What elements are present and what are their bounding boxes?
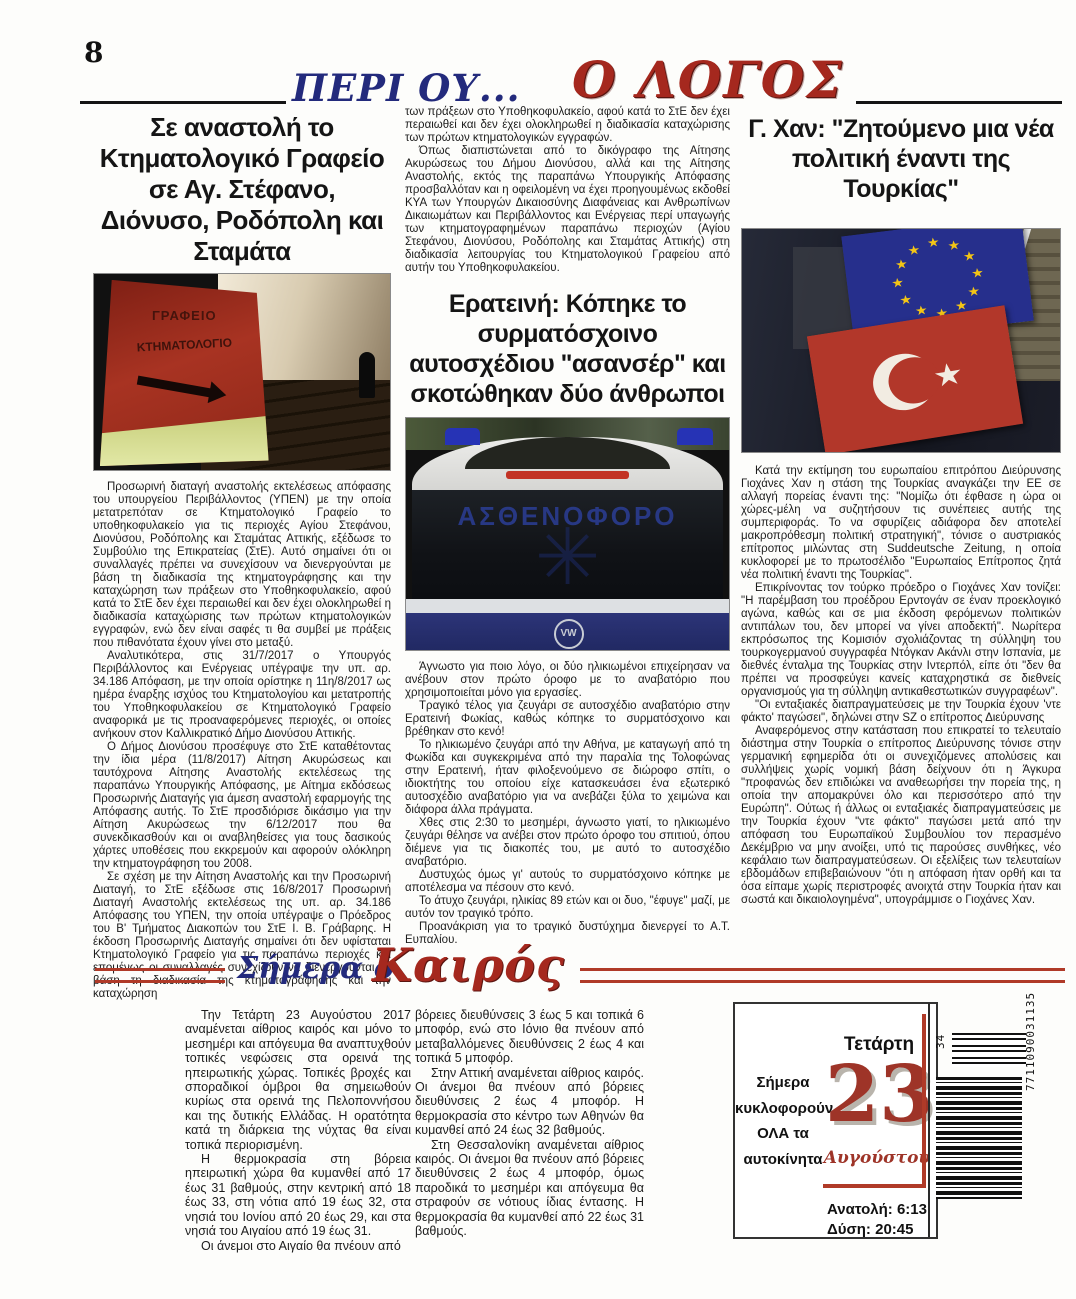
paragraph: Αναφερόμενος στην κατάσταση που επικρατε… [741,725,1061,907]
blue-beacon-right [677,428,713,444]
barcode-addon-bars [952,1033,1026,1067]
svg-text:★: ★ [894,256,908,271]
note-line: ΟΛΑ τα [735,1121,831,1147]
ambulance-lower-trim [406,599,729,613]
arrow-right-icon [137,376,212,398]
paragraph: Κατά την εκτίμηση του ευρωπαίου επιτρόπο… [741,465,1061,582]
paragraph: Τραγικό τέλος για ζευγάρι σε αυτοσχέδιο … [405,700,730,739]
weather-rule-left [95,968,225,983]
weather-column-2: βόρειες διευθύνσεις 3 έως 5 και τοπικά 6… [415,1008,644,1239]
masthead-rule-right [856,101,1062,104]
erateini-headline: Ερατεινή: Κόπηκε το συρματόσχοινο αυτοσχ… [405,289,730,409]
kthimatologio-headline: Σε αναστολή το Κτηματολογικό Γραφείο σε … [93,112,391,267]
continuation-paragraph: Όπως διαπιστώνεται από το δικόγραφο της … [405,145,730,275]
weather-column-1: Την Τετάρτη 23 Αυγούστου 2017 αναμένεται… [185,1008,411,1253]
calendar-month: Αυγούστου [823,1148,931,1168]
svg-text:★: ★ [970,265,984,280]
paragraph: "Οι ενταξιακές διαπραγματεύσεις με την Τ… [741,699,1061,725]
masthead-title: Ο ΛΟΓΟΣ [572,50,844,109]
photo-caption: Άγνωστο για ποιο λόγο, οι δύο ηλικιωμένο… [405,661,730,700]
middle-column: των πράξεων στο Υποθηκοφυλακείο, αφού κα… [405,106,730,947]
svg-text:★: ★ [931,356,966,394]
calendar-box: Σήμερα κυκλοφορούν ΟΛΑ τα αυτοκίνητα Τετ… [733,1002,938,1239]
hahn-headline: Γ. Χαν: "Ζητούμενο μια νέα πολιτική έναν… [741,114,1061,204]
issue-barcode: 34 7711090031135 [928,1015,1036,1237]
paragraph: Ο Δήμος Διονύσου προσέφυγε στο ΣτΕ καταθ… [93,741,391,871]
weather-paragraph: Στη Θεσσαλονίκη αναμένεται αίθριος καιρό… [415,1138,644,1239]
weather-title: Καιρός [372,938,565,992]
red-stripe [506,471,629,479]
sun-times: Ανατολή: 6:13 Δύση: 20:45 [827,1200,935,1240]
svg-text:★: ★ [907,242,921,257]
barcode-number-text: 7711090031135 [1024,1077,1037,1091]
barcode-bars [936,1077,1022,1199]
hahn-body: Κατά την εκτίμηση του ευρωπαίου επιτρόπο… [741,465,1061,907]
weather-paragraph: Η θερμοκρασία στη βόρεια ηπειρωτική χώρα… [185,1152,411,1238]
sign-bottom-band [100,416,269,466]
calendar-day-number: 23 [825,1056,929,1134]
ambulance-bumper: VW [406,613,729,650]
vw-logo-icon: VW [554,619,584,649]
sunset-time: Δύση: 20:45 [827,1220,935,1240]
star-of-life-icon: ✳ [412,518,722,596]
continuation-paragraph: των πράξεων στο Υποθηκοφυλακείο, αφού κα… [405,106,730,145]
svg-text:★: ★ [947,237,961,252]
erateini-body: Άγνωστο για ποιο λόγο, οι δύο ηλικιωμένο… [405,661,730,947]
paragraph: Επικρίνοντας τον τούρκο πρόεδρο ο Γιοχάν… [741,582,1061,699]
paragraph: Δυστυχώς όμως γι' αυτούς το συρματόσχοιν… [405,869,730,895]
note-line: αυτοκίνητα [735,1147,831,1173]
weather-paragraph: Στην Αττική αναμένεται αίθριος καιρός. Ο… [415,1066,644,1138]
calendar-red-corner-vertical [922,1014,926,1188]
page-number: 8 [84,36,103,69]
sunrise-time: Ανατολή: 6:13 [827,1200,935,1220]
kthimatologio-body: Προσωρινή διαταγή αναστολής εκτελέσεως α… [93,481,391,1001]
weather-paragraph: βόρειες διευθύνσεις 3 έως 5 και τοπικά 6… [415,1008,644,1066]
barcode-addon-text: 34 [934,1035,947,1049]
photo-person-silhouette [359,352,375,398]
page-edge-rule [928,1003,930,1237]
svg-text:★: ★ [926,234,940,249]
svg-text:★: ★ [962,248,976,263]
svg-text:★: ★ [890,275,904,290]
weather-paragraph: Την Τετάρτη 23 Αυγούστου 2017 αναμένεται… [185,1008,411,1152]
svg-text:★: ★ [899,292,913,307]
sign-line-1: ΓΡΑΦΕΙΟ [100,308,269,323]
paragraph: Το άτυχο ζευγάρι, ηλικίας 89 ετών και οι… [405,895,730,921]
kthimatologio-photo: ΓΡΑΦΕΙΟ ΚΤΗΜΑΤΟΛΟΓΙΟ [93,273,391,471]
ktimatologio-sign: ΓΡΑΦΕΙΟ ΚΤΗΜΑΤΟΛΟΓΙΟ [100,280,269,466]
barcode-addon-number: 34 [934,1035,948,1069]
ambulance-rear-window: ΑΣΘΕΝΟΦΟΡΟ ✳ [412,490,722,599]
article-hahn: Γ. Χαν: "Ζητούμενο μια νέα πολιτική έναν… [741,114,1061,907]
flags-photo: ★★★ ★★★ ★★★ ★★★ ★ [741,228,1061,453]
calendar-red-corner-horizontal [823,1184,926,1188]
paragraph: Το ηλικιωμένο ζευγάρι από την Αθήνα, με … [405,739,730,817]
weather-paragraph: Οι άνεμοι στο Αιγαίο θα πνέουν από [185,1239,411,1253]
svg-text:★: ★ [967,283,981,298]
paragraph: Αναλυτικότερα, στις 31/7/2017 ο Υπουργός… [93,650,391,741]
masthead-rule-left [80,101,286,104]
note-line: κυκλοφορούν [735,1096,831,1122]
paragraph: Χθες στις 2:30 το μεσημέρι, άγνωστο γιατ… [405,817,730,869]
article-kthimatologio: Σε αναστολή το Κτηματολογικό Γραφείο σε … [93,112,391,1001]
svg-text:★: ★ [914,302,928,317]
weather-rule-right [580,968,1065,983]
circulation-note: Σήμερα κυκλοφορούν ΟΛΑ τα αυτοκίνητα [735,1070,831,1172]
sign-line-2: ΚΤΗΜΑΤΟΛΟΓΙΟ [100,333,269,356]
ambulance-photo: ΑΣΘΕΝΟΦΟΡΟ ✳ VW [405,417,730,651]
paragraph: Προσωρινή διαταγή αναστολής εκτελέσεως α… [93,481,391,650]
barcode-number: 7711090031135 [1024,1077,1038,1202]
masthead-kicker: ΠΕΡΙ ΟΥ... [292,66,520,110]
weather-title-kicker: Σήμερα ο [237,951,394,986]
note-line: Σήμερα [735,1070,831,1096]
blue-beacon-left [445,428,481,444]
